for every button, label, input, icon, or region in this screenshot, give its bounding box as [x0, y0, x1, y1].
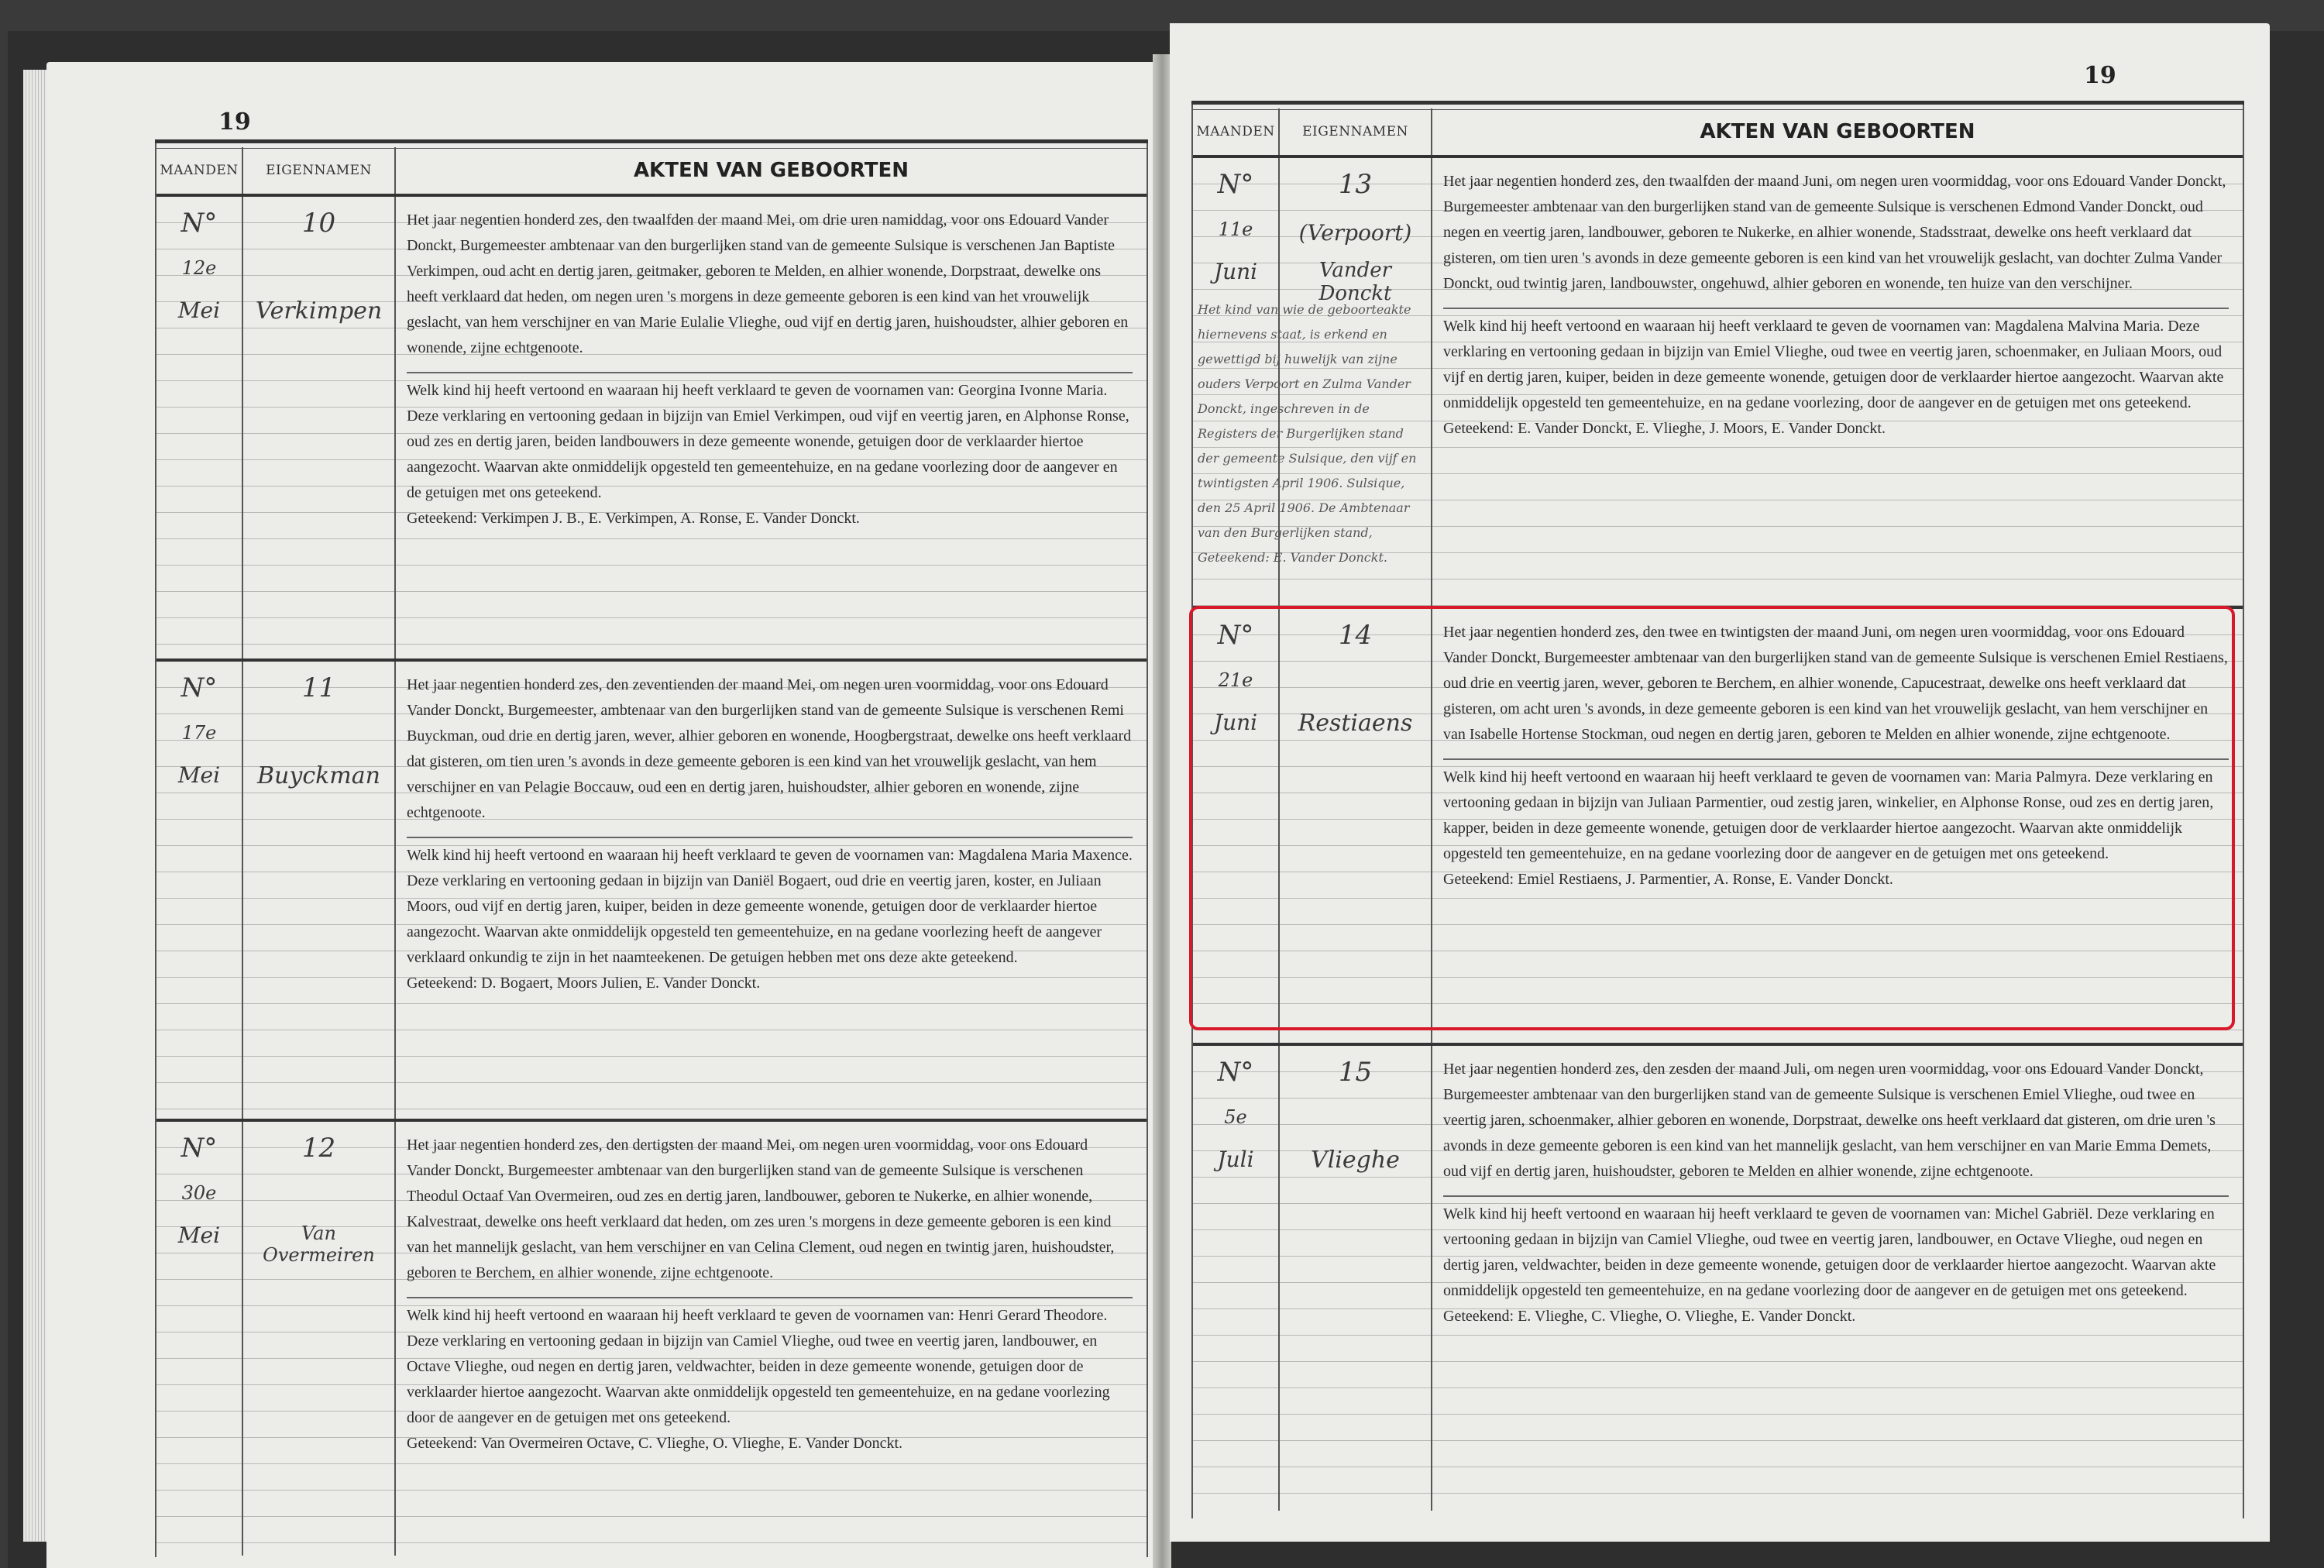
record-text-cell: Het jaar negentien honderd zes, den twaa…	[396, 197, 1147, 658]
entry-number: 13	[1280, 169, 1431, 200]
entry-day: 12e	[156, 257, 242, 279]
signatures: Geteekend: D. Bogaert, Moors Julien, E. …	[407, 971, 1133, 996]
entry-month: Mei	[156, 297, 242, 323]
entry-month: Mei	[156, 1222, 242, 1248]
birth-record-15[interactable]: N° 5e Juli 15 Vlieghe Het jaar negentien…	[1193, 1046, 2243, 1511]
signatures: Geteekend: Verkimpen J. B., E. Verkimpen…	[407, 506, 1133, 531]
header-title: AKTEN VAN GEBOORTEN	[396, 147, 1147, 194]
header-maanden: MAANDEN	[156, 147, 243, 194]
number-label: N°	[156, 1133, 242, 1164]
entry-day: 17e	[156, 722, 242, 744]
page-number-left: 19	[218, 108, 251, 136]
table-header: MAANDEN EIGENNAMEN AKTEN VAN GEBOORTEN	[1193, 108, 2243, 158]
signatures: Geteekend: Van Overmeiren Octave, C. Vli…	[407, 1431, 1133, 1456]
entry-surname: Verkimpen	[243, 297, 394, 325]
months-cell: N° 5e Juli	[1193, 1046, 1280, 1511]
months-cell: N° 11e Juni Het kind van wie de geboorte…	[1193, 158, 1280, 606]
table-header: MAANDEN EIGENNAMEN AKTEN VAN GEBOORTEN	[156, 147, 1147, 197]
entry-surname-note: (Verpoort)	[1280, 220, 1431, 246]
birth-record-13[interactable]: N° 11e Juni Het kind van wie de geboorte…	[1193, 158, 2243, 609]
names-cell: 12 Van Overmeiren	[243, 1122, 396, 1556]
number-label: N°	[1193, 1057, 1278, 1088]
names-cell: 11 Buyckman	[243, 662, 396, 1119]
birth-record-12[interactable]: N° 30e Mei 12 Van Overmeiren Het jaar ne…	[156, 1122, 1147, 1556]
left-ledger-table: MAANDEN EIGENNAMEN AKTEN VAN GEBOORTEN N…	[155, 139, 1148, 1557]
record-text-cell: Het jaar negentien honderd zes, den zeve…	[396, 662, 1147, 1119]
names-cell: 15 Vlieghe	[1280, 1046, 1432, 1511]
signatures: Geteekend: E. Vander Donckt, E. Vlieghe,…	[1443, 416, 2229, 442]
entry-day: 5e	[1193, 1106, 1278, 1128]
naming-declaration-text: Welk kind hij heeft vertoond en waaraan …	[1443, 308, 2229, 416]
header-maanden: MAANDEN	[1193, 108, 1280, 155]
naming-declaration-text: Welk kind hij heeft vertoond en waaraan …	[1443, 1195, 2229, 1304]
months-cell: N° 12e Mei	[156, 197, 243, 658]
header-eigennamen: EIGENNAMEN	[1280, 108, 1432, 155]
birth-declaration-text: Het jaar negentien honderd zes, den twaa…	[1443, 169, 2229, 297]
entry-number: 11	[243, 672, 394, 703]
record-text-cell: Het jaar negentien honderd zes, den twaa…	[1432, 158, 2243, 606]
names-cell: 13 (Verpoort) Vander Donckt	[1280, 158, 1432, 606]
months-cell: N° 30e Mei	[156, 1122, 243, 1556]
selection-highlight-box	[1189, 606, 2235, 1030]
entry-number: 10	[243, 208, 394, 239]
entry-day: 30e	[156, 1182, 242, 1204]
birth-declaration-text: Het jaar negentien honderd zes, den twaa…	[407, 208, 1133, 361]
birth-declaration-text: Het jaar negentien honderd zes, den dert…	[407, 1133, 1133, 1286]
entry-month: Mei	[156, 762, 242, 788]
birth-declaration-text: Het jaar negentien honderd zes, den zeve…	[407, 672, 1133, 826]
entry-day: 11e	[1193, 218, 1278, 240]
entry-surname: Van Overmeiren	[243, 1222, 394, 1266]
book-gutter	[1153, 54, 1171, 1568]
record-text-cell: Het jaar negentien honderd zes, den zesd…	[1432, 1046, 2243, 1511]
entry-number: 15	[1280, 1057, 1431, 1088]
months-cell: N° 17e Mei	[156, 662, 243, 1119]
names-cell: 10 Verkimpen	[243, 197, 396, 658]
naming-declaration-text: Welk kind hij heeft vertoond en waaraan …	[407, 837, 1133, 971]
number-label: N°	[156, 208, 242, 239]
entry-surname: Vlieghe	[1280, 1147, 1431, 1174]
signatures: Geteekend: E. Vlieghe, C. Vlieghe, O. Vl…	[1443, 1304, 2229, 1329]
entry-surname: Vander Donckt	[1280, 259, 1431, 305]
page-number-right: 19	[2084, 62, 2116, 89]
entry-number: 12	[243, 1133, 394, 1164]
birth-declaration-text: Het jaar negentien honderd zes, den zesd…	[1443, 1057, 2229, 1185]
birth-record-11[interactable]: N° 17e Mei 11 Buyckman Het jaar negentie…	[156, 662, 1147, 1122]
header-eigennamen: EIGENNAMEN	[243, 147, 396, 194]
entry-month: Juli	[1193, 1147, 1278, 1172]
left-page: 19 MAANDEN EIGENNAMEN AKTEN VAN GEBOORTE…	[46, 62, 1154, 1568]
entry-surname: Buyckman	[243, 762, 394, 789]
number-label: N°	[156, 672, 242, 703]
record-text-cell: Het jaar negentien honderd zes, den dert…	[396, 1122, 1147, 1556]
birth-record-10[interactable]: N° 12e Mei 10 Verkimpen Het jaar negenti…	[156, 197, 1147, 662]
naming-declaration-text: Welk kind hij heeft vertoond en waaraan …	[407, 372, 1133, 506]
naming-declaration-text: Welk kind hij heeft vertoond en waaraan …	[407, 1297, 1133, 1431]
number-label: N°	[1193, 169, 1278, 200]
header-title: AKTEN VAN GEBOORTEN	[1432, 108, 2243, 155]
entry-month: Juni	[1193, 259, 1278, 284]
